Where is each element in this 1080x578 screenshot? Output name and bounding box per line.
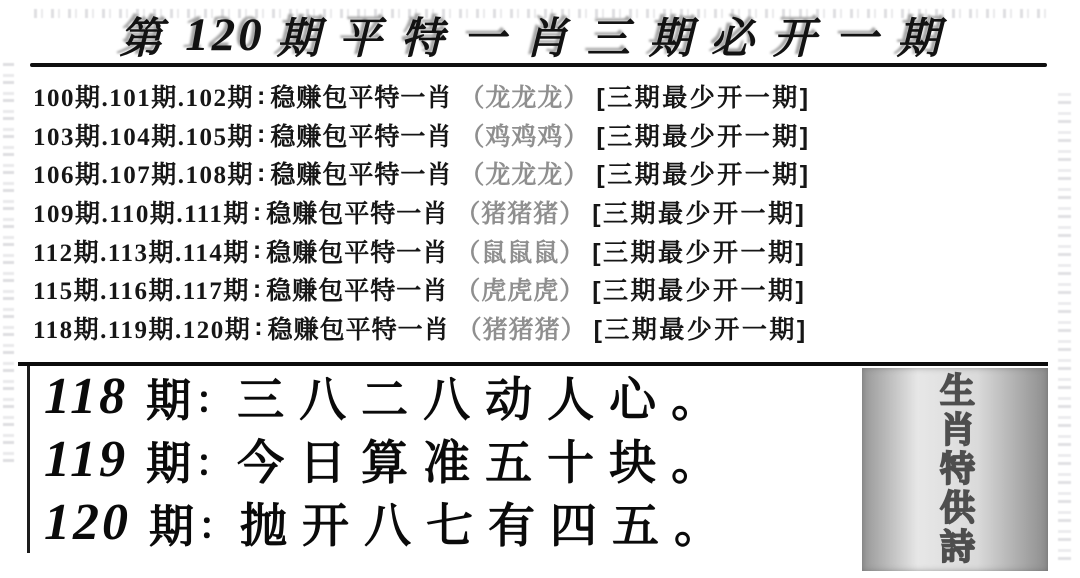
row-label: 稳赚包平特一肖 bbox=[270, 78, 452, 114]
poem-number: 120 bbox=[44, 493, 131, 552]
poem-number: 118 bbox=[44, 367, 128, 426]
row-periods: 115期.116期.117期 bbox=[33, 271, 250, 307]
row-colon: : bbox=[253, 236, 261, 265]
row-colon: : bbox=[257, 120, 265, 149]
row-animal: （虎虎虎） bbox=[455, 271, 585, 307]
row-colon: : bbox=[253, 275, 261, 304]
page-title: 第 120 期平特一肖三期必开一期 bbox=[30, 8, 1048, 62]
row-animal: （猪猪猪） bbox=[455, 194, 585, 230]
title-underline-rule bbox=[30, 63, 1047, 67]
forecast-row: 106期.107期.108期 : 稳赚包平特一肖 （龙龙龙） [三期最少开一期] bbox=[33, 154, 811, 193]
row-periods: 112期.113期.114期 bbox=[33, 233, 250, 269]
row-guarantee: [三期最少开一期] bbox=[594, 310, 808, 346]
forecast-list: 100期.101期.102期 : 稳赚包平特一肖 （龙龙龙） [三期最少开一期]… bbox=[33, 77, 811, 347]
forecast-row: 118期.119期.120期 : 稳赚包平特一肖 （猪猪猪） [三期最少开一期] bbox=[33, 309, 811, 348]
row-label: 稳赚包平特一肖 bbox=[266, 194, 448, 230]
row-periods: 109期.110期.111期 bbox=[33, 194, 250, 230]
row-guarantee: [三期最少开一期] bbox=[592, 233, 806, 269]
zodiac-vertical-text: 生肖特供詩 bbox=[938, 372, 973, 567]
row-periods: 103期.104期.105期 bbox=[33, 117, 254, 153]
row-colon: : bbox=[257, 82, 265, 111]
poem-colon: ： bbox=[195, 369, 233, 424]
watermark-strip-left bbox=[3, 62, 14, 462]
title-suffix: 期平特一肖三期必开一期 bbox=[277, 5, 959, 66]
zodiac-box: 生肖特供詩 bbox=[862, 368, 1048, 571]
title-prefix: 第 bbox=[119, 5, 181, 66]
poem-line: 120 期 ： 抛开八七有四五。 bbox=[44, 491, 736, 554]
row-guarantee: [三期最少开一期] bbox=[596, 117, 810, 153]
poem-left-rule bbox=[27, 366, 30, 553]
poem-colon: ： bbox=[198, 495, 236, 550]
row-colon: : bbox=[257, 159, 265, 188]
row-colon: : bbox=[254, 313, 262, 342]
row-periods: 100期.101期.102期 bbox=[33, 78, 254, 114]
forecast-row: 115期.116期.117期 : 稳赚包平特一肖 （虎虎虎） [三期最少开一期] bbox=[33, 270, 811, 309]
row-colon: : bbox=[253, 198, 261, 227]
row-periods: 106期.107期.108期 bbox=[33, 155, 254, 191]
row-animal: （鼠鼠鼠） bbox=[455, 233, 585, 269]
row-guarantee: [三期最少开一期] bbox=[596, 78, 810, 114]
row-label: 稳赚包平特一肖 bbox=[266, 233, 448, 269]
row-label: 稳赚包平特一肖 bbox=[268, 310, 450, 346]
row-guarantee: [三期最少开一期] bbox=[592, 194, 806, 230]
row-guarantee: [三期最少开一期] bbox=[596, 155, 810, 191]
row-periods: 118期.119期.120期 bbox=[33, 310, 251, 346]
row-animal: （龙龙龙） bbox=[459, 78, 589, 114]
row-label: 稳赚包平特一肖 bbox=[266, 271, 448, 307]
poem-text: 抛开八七有四五。 bbox=[240, 489, 736, 556]
poem-qi-label: 期 bbox=[149, 490, 194, 555]
poem-number: 119 bbox=[44, 430, 128, 489]
title-issue-number: 120 bbox=[185, 8, 265, 62]
row-animal: （龙龙龙） bbox=[459, 155, 589, 191]
poem-line: 119 期 ： 今日算准五十块。 bbox=[44, 428, 736, 491]
forecast-row: 112期.113期.114期 : 稳赚包平特一肖 （鼠鼠鼠） [三期最少开一期] bbox=[33, 231, 811, 270]
poem-list: 118 期 ： 三八二八动人心。 119 期 ： 今日算准五十块。 120 期 … bbox=[44, 365, 736, 554]
poem-qi-label: 期 bbox=[146, 427, 191, 492]
forecast-row: 103期.104期.105期 : 稳赚包平特一肖 （鸡鸡鸡） [三期最少开一期] bbox=[33, 116, 811, 155]
row-animal: （鸡鸡鸡） bbox=[459, 117, 589, 153]
row-label: 稳赚包平特一肖 bbox=[270, 155, 452, 191]
row-animal: （猪猪猪） bbox=[457, 310, 587, 346]
forecast-row: 100期.101期.102期 : 稳赚包平特一肖 （龙龙龙） [三期最少开一期] bbox=[33, 77, 811, 116]
poem-text: 三八二八动人心。 bbox=[237, 363, 733, 430]
poem-line: 118 期 ： 三八二八动人心。 bbox=[44, 365, 736, 428]
poem-colon: ： bbox=[195, 432, 233, 487]
row-label: 稳赚包平特一肖 bbox=[270, 117, 452, 153]
forecast-row: 109期.110期.111期 : 稳赚包平特一肖 （猪猪猪） [三期最少开一期] bbox=[33, 193, 811, 232]
row-guarantee: [三期最少开一期] bbox=[592, 271, 806, 307]
watermark-strip-right bbox=[1058, 90, 1071, 560]
poem-text: 今日算准五十块。 bbox=[237, 426, 733, 493]
poem-qi-label: 期 bbox=[146, 364, 191, 429]
